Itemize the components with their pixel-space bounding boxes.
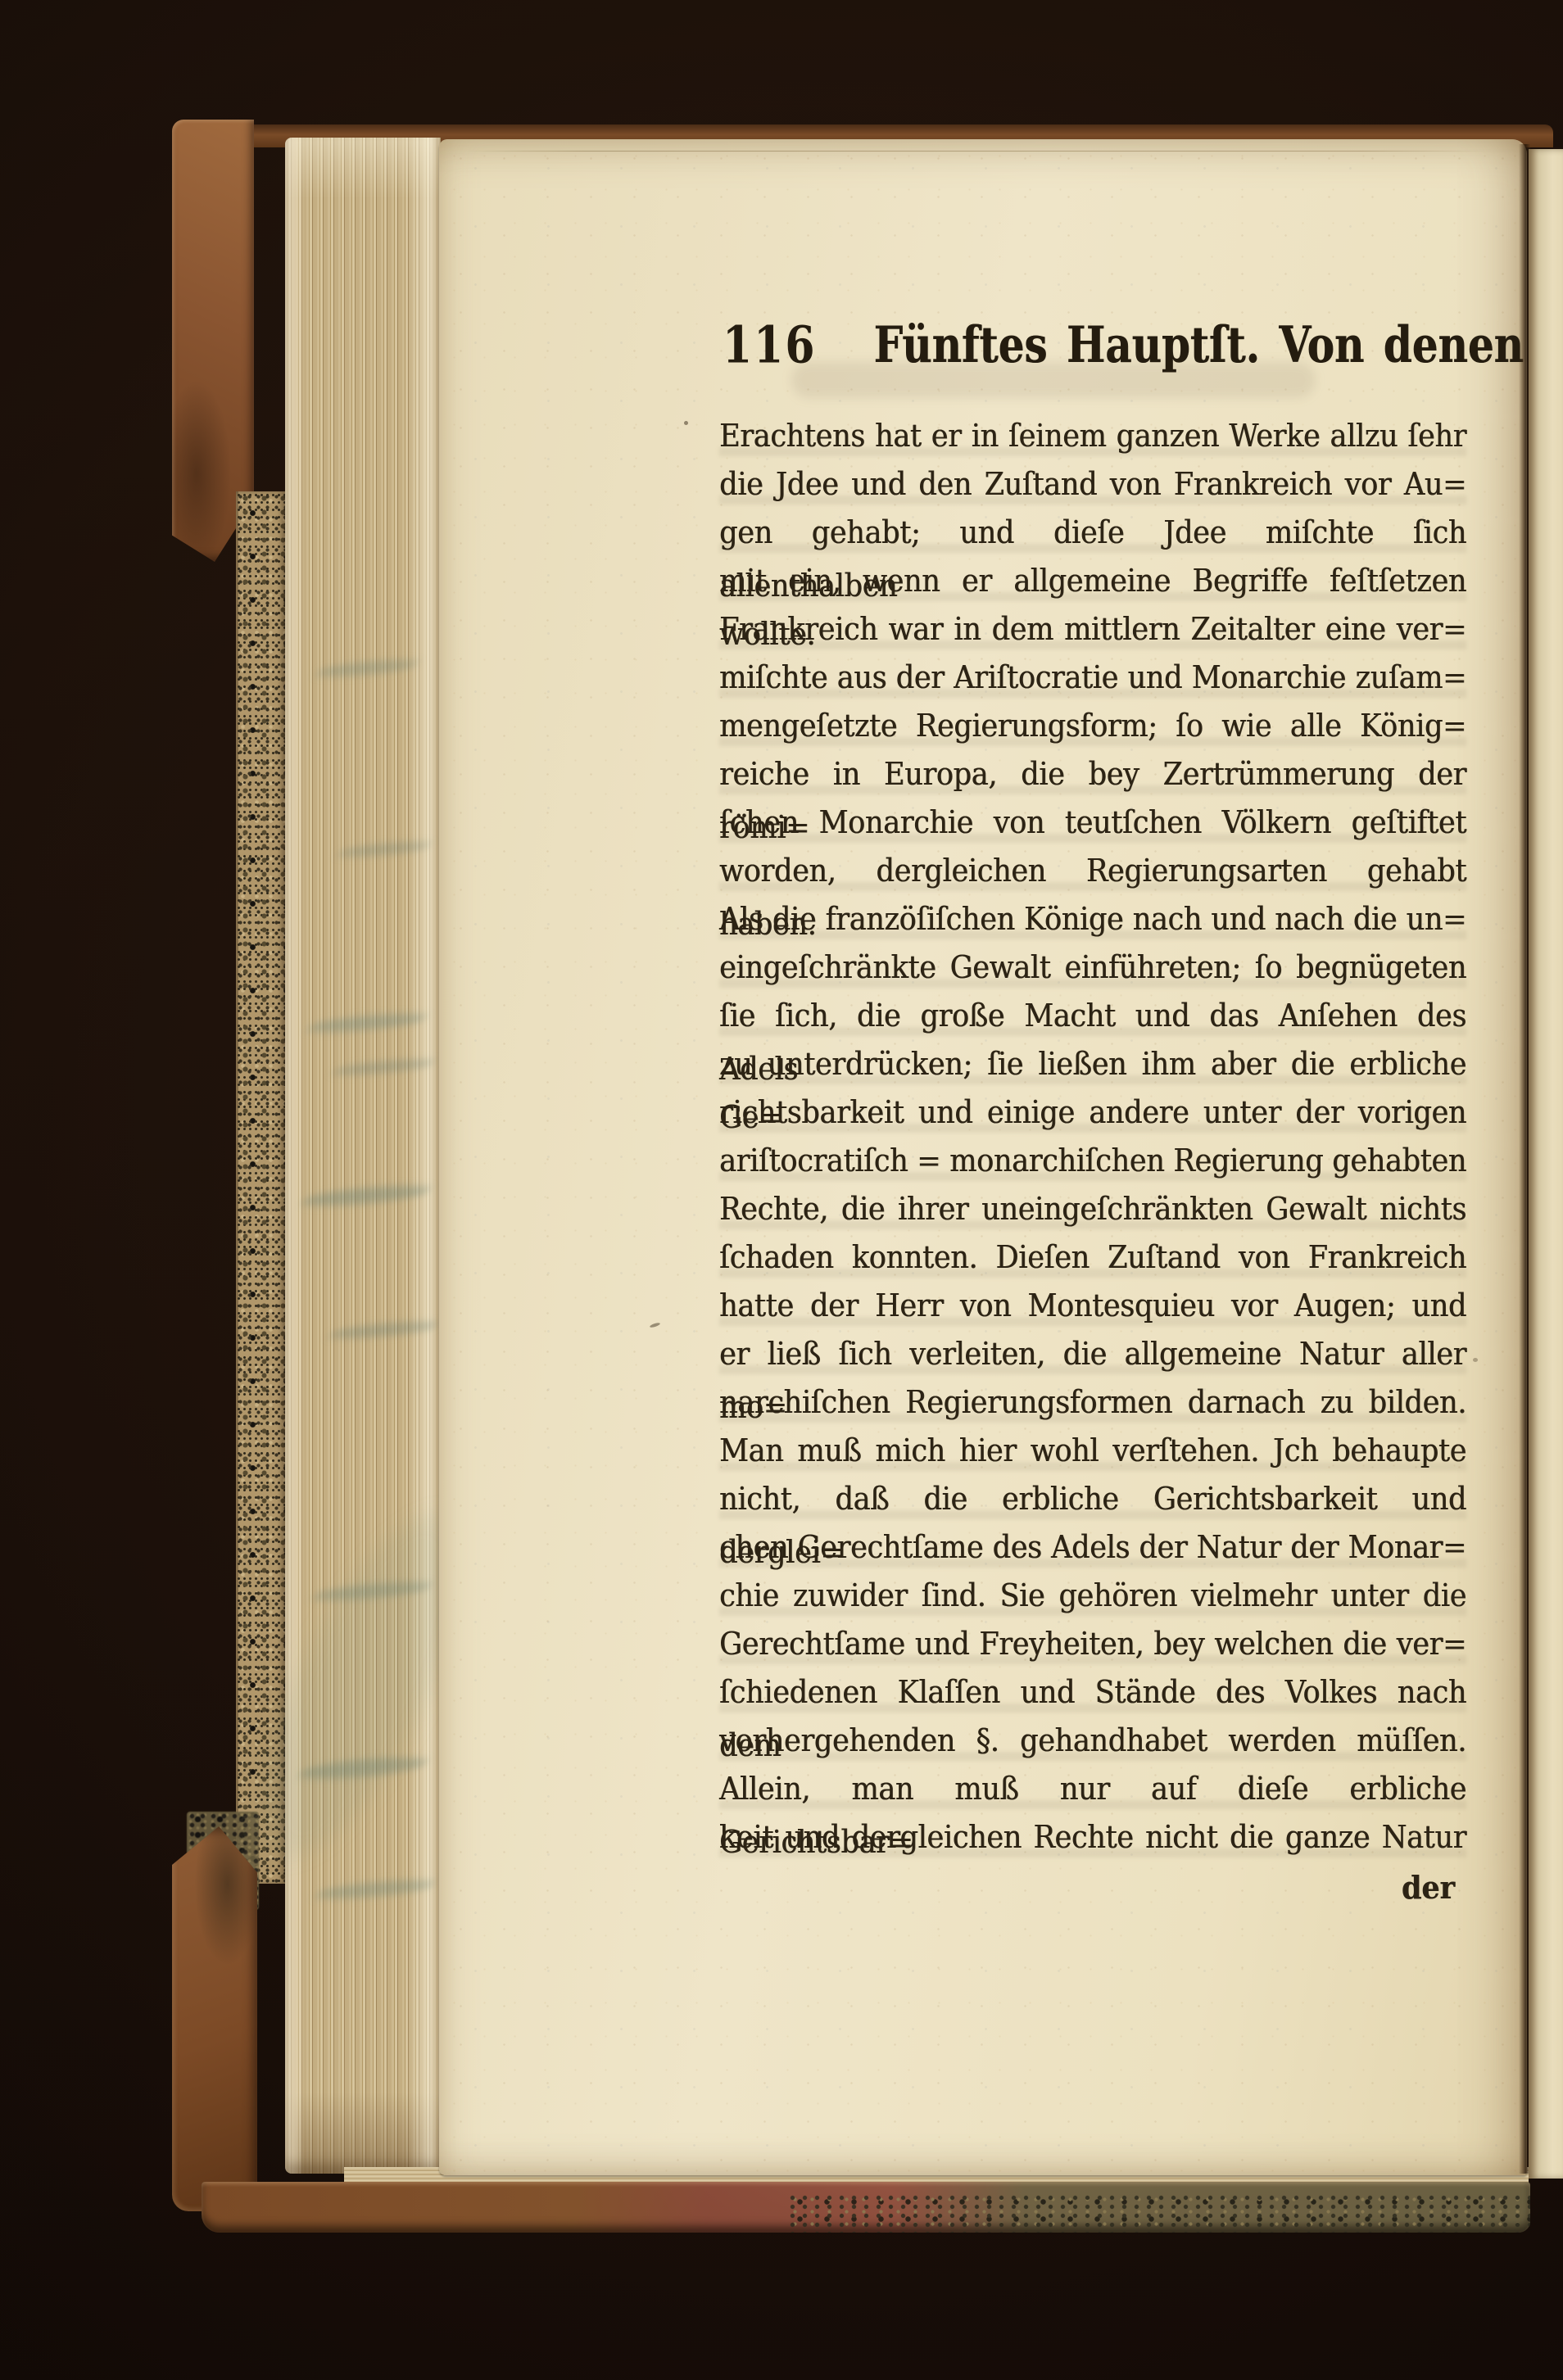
text-line: ſchaden konnten. Dieſen Zuſtand von Fran… xyxy=(719,1232,1466,1285)
book-scan-photo: 116 Fünftes Hauptſt. Von denen Erachtens… xyxy=(0,0,1563,2380)
text-line: Rechte, die ihrer uneingeſchränkten Gewa… xyxy=(719,1183,1466,1237)
edge-stain xyxy=(299,1183,433,1210)
text-line: chie zuwider ſind. Sie gehören vielmehr … xyxy=(719,1570,1466,1623)
text-line: reiche in Europa, die bey Zertrümmerung … xyxy=(719,749,1466,802)
edge-stain xyxy=(335,839,433,859)
page-block-fore-edge xyxy=(285,138,441,2174)
running-header-title: Fünftes Hauptſt. Von denen xyxy=(874,315,1524,375)
text-line: narchiſchen Regierungsformen darnach zu … xyxy=(719,1377,1466,1430)
text-line: die Jdee und den Zuſtand von Frankreich … xyxy=(719,459,1466,512)
text-line: gen gehabt; und dieſe Jdee miſchte ſich … xyxy=(719,507,1466,560)
edge-stain xyxy=(313,1877,438,1902)
marbled-bottom-speckle xyxy=(786,2193,1530,2233)
ink-speck xyxy=(684,421,688,425)
text-line: eingeſchränkte Gewalt einführeten; ſo be… xyxy=(719,942,1466,995)
marbled-board-edge xyxy=(236,491,287,1884)
running-header: 116 Fünftes Hauptſt. Von denen xyxy=(719,323,1466,375)
underlying-page-edge-line xyxy=(464,151,1486,152)
text-line: mengeſetzte Regierungsform; ſo wie alle … xyxy=(719,700,1466,753)
text-line: miſchte aus der Ariſtocratie und Monarch… xyxy=(719,652,1466,705)
text-line: Als die franzöſiſchen Könige nach und na… xyxy=(719,894,1466,947)
text-line: worden, dergleichen Regierungsarten geha… xyxy=(719,845,1466,898)
text-line: ſchiedenen Klaſſen und Stände des Volkes… xyxy=(719,1667,1466,1720)
text-line: Frankreich war in dem mittlern Zeitalter… xyxy=(719,604,1466,657)
facing-page-sliver xyxy=(1529,149,1563,2179)
edge-stain xyxy=(305,1011,430,1035)
text-line: er ließ ſich verleiten, die allgemeine N… xyxy=(719,1328,1466,1382)
text-line: hatte der Herr von Montesquieu vor Augen… xyxy=(719,1280,1466,1333)
book-page: 116 Fünftes Hauptſt. Von denen Erachtens… xyxy=(439,139,1527,2175)
text-line: Man muß mich hier wohl verſtehen. Jch be… xyxy=(719,1425,1466,1478)
text-line: ariſtocratiſch = monarchiſchen Regierung… xyxy=(719,1135,1466,1188)
text-line: ſchen Monarchie von teutſchen Völkern ge… xyxy=(719,797,1466,850)
leather-corner-bottom xyxy=(172,1826,257,2211)
book-bottom-board-edge xyxy=(202,2182,1530,2233)
text-line: nicht, daß die erbliche Gerichtsbarkeit … xyxy=(719,1473,1466,1527)
ink-speck xyxy=(650,1322,661,1328)
text-line: Allein, man muß nur auf dieſe erbliche G… xyxy=(719,1763,1466,1817)
text-line: zu unterdrücken; ſie ließen ihm aber die… xyxy=(719,1038,1466,1092)
edge-stain xyxy=(326,1319,440,1341)
text-line: ſie ſich, die große Macht und das Anſehe… xyxy=(719,990,1466,1043)
edge-stain xyxy=(313,658,420,679)
text-line: chen Gerechtſame des Adels der Natur der… xyxy=(719,1522,1466,1575)
body-text: Erachtens hat er in ſeinem ganzen Werke … xyxy=(719,413,1466,1862)
text-line: Erachtens hat er in ſeinem ganzen Werke … xyxy=(719,410,1466,464)
text-line: richtsbarkeit und einige andere unter de… xyxy=(719,1087,1466,1140)
text-line: vorhergehenden §. gehandhabet werden müſ… xyxy=(719,1715,1466,1768)
ink-speck xyxy=(1473,1358,1478,1362)
text-line: keit und dergleichen Rechte nicht die ga… xyxy=(719,1812,1466,1865)
text-line: Gerechtſame und Freyheiten, bey welchen … xyxy=(719,1618,1466,1672)
page-number: 116 xyxy=(719,317,817,375)
edge-stain xyxy=(330,1057,437,1077)
catchword: der xyxy=(719,1862,1466,1915)
text-line: mit ein, wenn er allgemeine Begriffe feſ… xyxy=(719,555,1466,609)
